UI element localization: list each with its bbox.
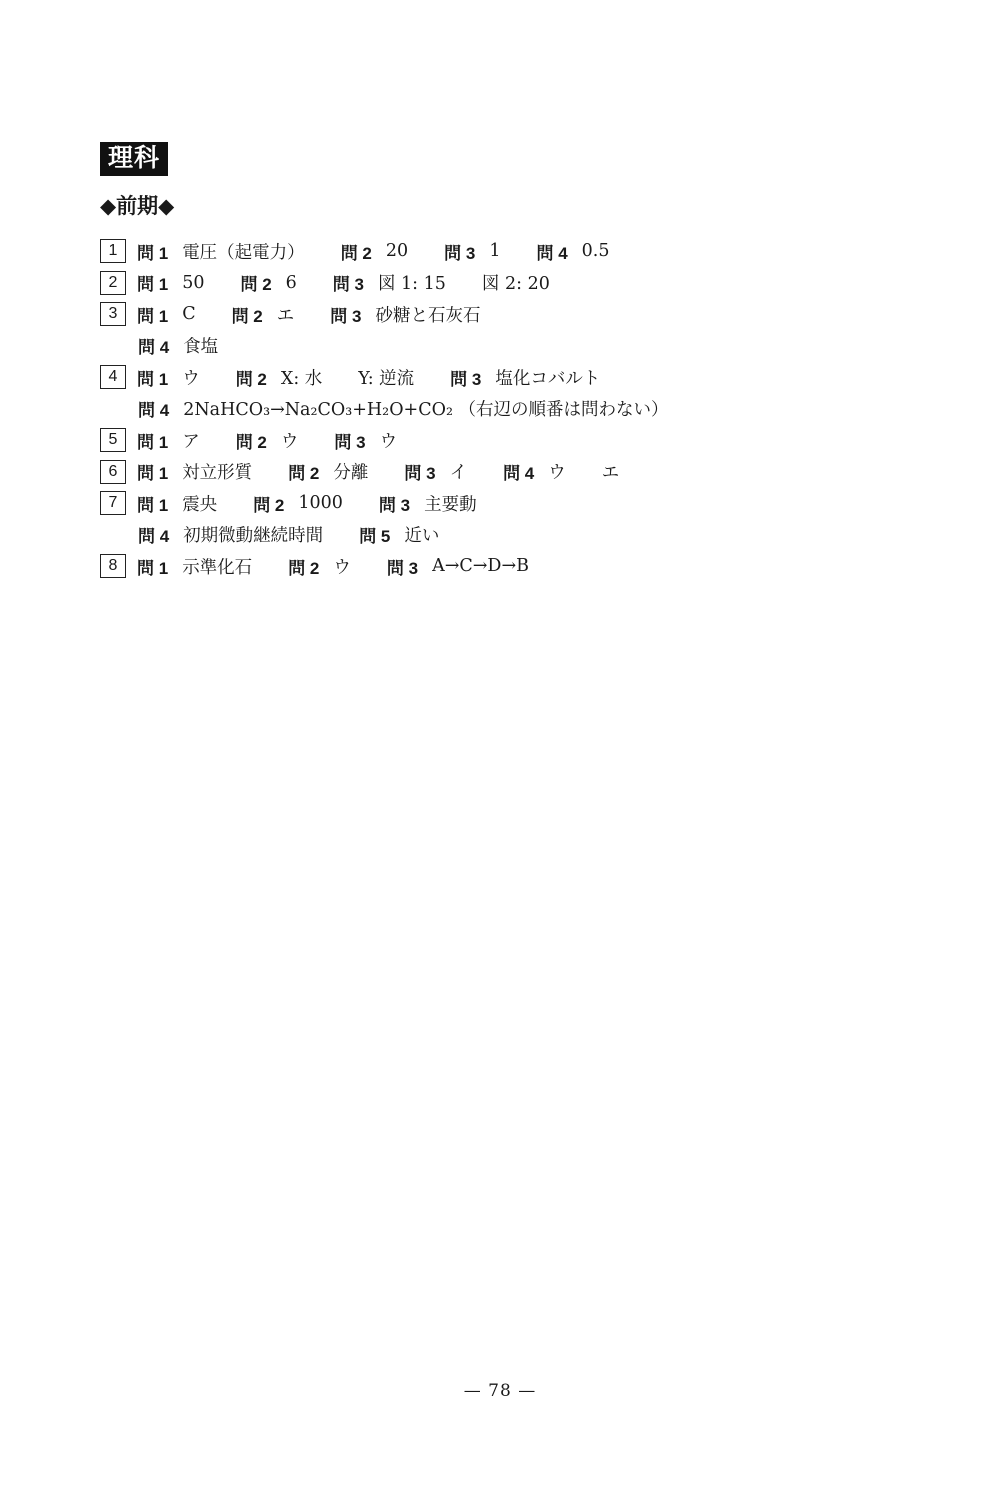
answer-text: 0.5	[582, 241, 610, 261]
question-label: 問 1	[137, 428, 168, 453]
answer-text: 近い	[404, 522, 439, 547]
page-content: 理科 ◆前期◆ 1問 1電圧（起電力）問 220問 31問 40.52問 150…	[100, 142, 920, 585]
answer-text: 20	[386, 241, 408, 261]
answer-row: 問 4初期微動継続時間問 5近い	[100, 522, 920, 548]
answer-text: 示準化石	[182, 554, 252, 579]
answer-text: ウ	[281, 428, 299, 453]
question-number-box: 4	[100, 365, 126, 389]
question-label: 問 2	[232, 302, 263, 327]
subject-title: 理科	[100, 142, 168, 176]
answer-text: C	[182, 304, 195, 324]
question-label: 問 2	[240, 270, 271, 295]
answer-row: 1問 1電圧（起電力）問 220問 31問 40.5	[100, 238, 920, 264]
answer-text: A→C→D→B	[432, 556, 529, 576]
answer-text: 初期微動継続時間	[183, 522, 323, 547]
question-label: 問 3	[450, 365, 481, 390]
answer-text: イ	[450, 459, 468, 484]
answer-row: 2問 150問 26問 3図 1: 15図 2: 20	[100, 270, 920, 296]
answer-row: 7問 1震央問 21000問 3主要動	[100, 490, 920, 516]
answer-text: 50	[182, 273, 204, 293]
answer-text: ウ	[333, 554, 351, 579]
answer-text: エ	[277, 302, 295, 327]
question-label: 問 1	[137, 459, 168, 484]
question-label: 問 4	[503, 459, 534, 484]
answer-row: 5問 1ア問 2ウ問 3ウ	[100, 427, 920, 453]
answer-text: 図 2: 20	[482, 270, 550, 295]
question-label: 問 3	[333, 270, 364, 295]
answer-text: 2NaHCO₃→Na₂CO₃+H₂O+CO₂ （右辺の順番は問わない）	[183, 396, 668, 421]
answer-text: 1000	[298, 493, 343, 513]
answer-row: 問 42NaHCO₃→Na₂CO₃+H₂O+CO₂ （右辺の順番は問わない）	[100, 396, 920, 422]
question-label: 問 3	[330, 302, 361, 327]
question-number-box: 3	[100, 302, 126, 326]
question-label: 問 2	[236, 365, 267, 390]
answer-text: Y: 逆流	[358, 365, 414, 390]
question-label: 問 4	[138, 396, 169, 421]
question-label: 問 2	[341, 239, 372, 264]
question-label: 問 2	[288, 459, 319, 484]
question-label: 問 3	[387, 554, 418, 579]
answer-text: 6	[286, 273, 297, 293]
answer-row: 4問 1ウ問 2X: 水Y: 逆流問 3塩化コバルト	[100, 364, 920, 390]
question-label: 問 2	[236, 428, 267, 453]
question-number-box: 5	[100, 428, 126, 452]
answer-text: エ	[602, 459, 620, 484]
question-label: 問 1	[137, 365, 168, 390]
question-number-box: 8	[100, 554, 126, 578]
term-heading: ◆前期◆	[100, 194, 920, 219]
answer-text: 1	[489, 241, 500, 261]
answer-text: ウ	[548, 459, 566, 484]
answer-row: 問 4食塩	[100, 333, 920, 359]
answer-text: 砂糖と石灰石	[375, 302, 480, 327]
page-number: — 78 —	[0, 1381, 1000, 1401]
answer-text: 分離	[333, 459, 368, 484]
question-number-box: 1	[100, 239, 126, 263]
question-label: 問 1	[137, 491, 168, 516]
answer-text: 塩化コバルト	[495, 365, 600, 390]
answer-text: 震央	[182, 491, 217, 516]
answer-text: ア	[182, 428, 200, 453]
question-label: 問 3	[444, 239, 475, 264]
question-label: 問 3	[404, 459, 435, 484]
answer-text: ウ	[182, 365, 200, 390]
question-label: 問 1	[137, 239, 168, 264]
answer-text: 電圧（起電力）	[182, 239, 305, 264]
answer-row: 3問 1C問 2エ問 3砂糖と石灰石	[100, 301, 920, 327]
question-number-box: 6	[100, 460, 126, 484]
question-label: 問 2	[253, 491, 284, 516]
answer-text: 図 1: 15	[378, 270, 446, 295]
answer-text: ウ	[380, 428, 398, 453]
question-label: 問 4	[536, 239, 567, 264]
question-label: 問 5	[359, 522, 390, 547]
answer-text: 食塩	[183, 333, 218, 358]
answer-list: 1問 1電圧（起電力）問 220問 31問 40.52問 150問 26問 3図…	[100, 238, 920, 579]
question-label: 問 2	[288, 554, 319, 579]
question-label: 問 1	[137, 554, 168, 579]
question-number-box: 2	[100, 271, 126, 295]
answer-text: 主要動	[424, 491, 477, 516]
question-label: 問 1	[137, 270, 168, 295]
question-label: 問 4	[138, 333, 169, 358]
question-label: 問 4	[138, 522, 169, 547]
answer-row: 6問 1対立形質問 2分離問 3イ問 4ウエ	[100, 459, 920, 485]
question-label: 問 3	[379, 491, 410, 516]
question-label: 問 1	[137, 302, 168, 327]
answer-row: 8問 1示準化石問 2ウ問 3A→C→D→B	[100, 553, 920, 579]
answer-text: 対立形質	[182, 459, 252, 484]
question-number-box: 7	[100, 491, 126, 515]
answer-text: X: 水	[281, 365, 322, 390]
question-label: 問 3	[334, 428, 365, 453]
